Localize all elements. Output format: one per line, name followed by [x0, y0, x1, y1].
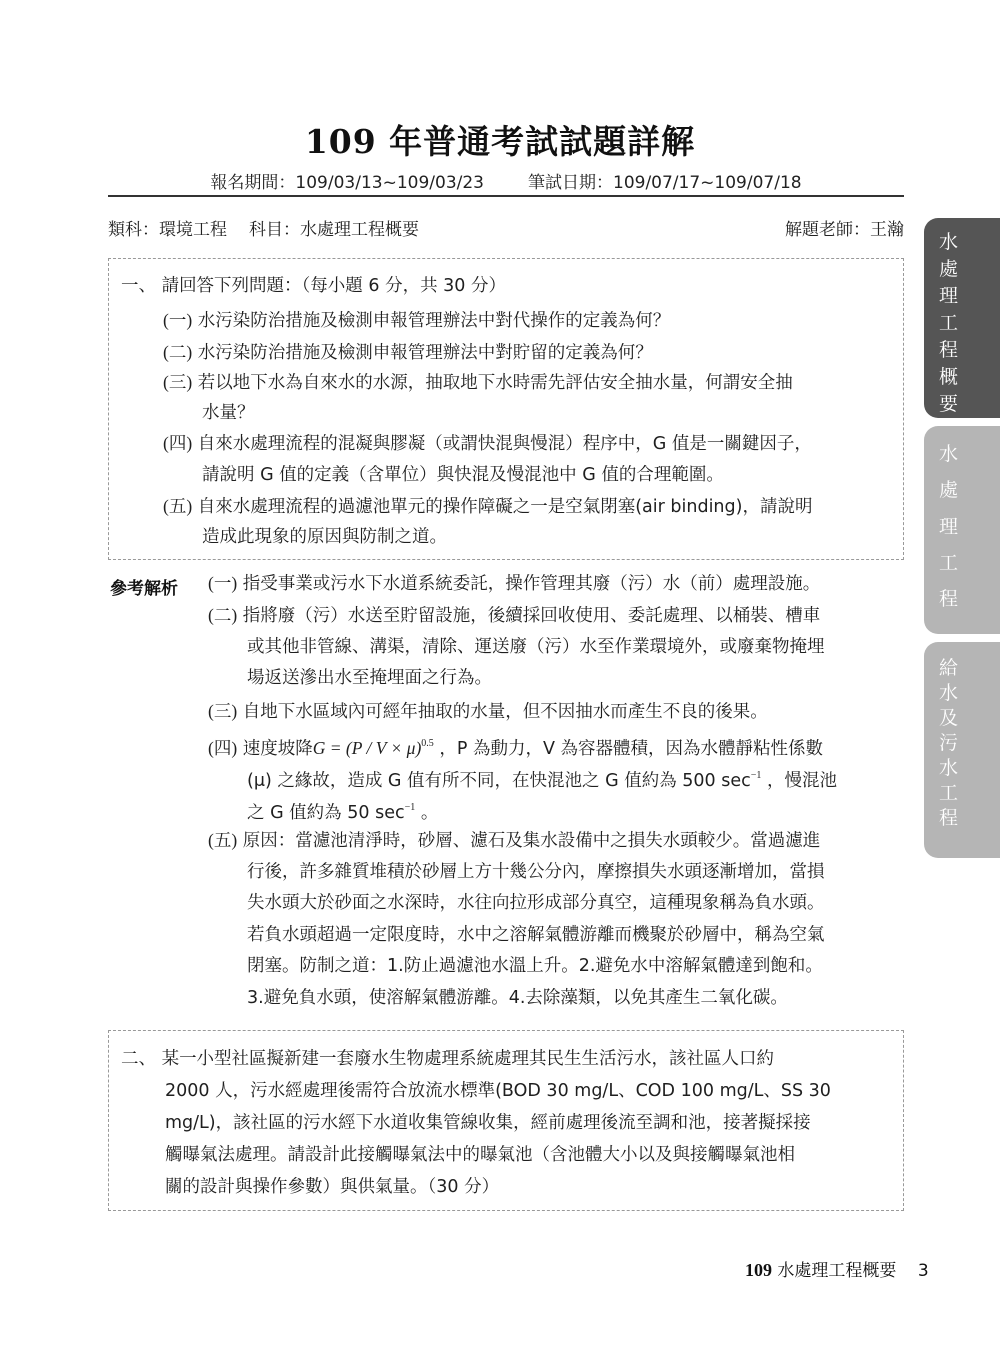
- question-1-item-cont: 造成此現象的原因與防制之道。: [202, 527, 447, 547]
- answer-item: (五) 原因：當濾池清淨時，砂層、濾石及集水設備中之損失水頭較少。當過濾進: [208, 830, 820, 851]
- answer-item: (三) 自地下水區域內可經年抽取的水量，但不因抽水而產生不良的後果。: [208, 701, 768, 722]
- tab-char: 處: [939, 257, 958, 282]
- tab-char: 處: [939, 478, 958, 503]
- answer-item: (二) 指將廢（污）水送至貯留設施，後續採回收使用、委託處理、以桶裝、槽車: [208, 605, 820, 626]
- category: 類科：環境工程: [108, 220, 227, 240]
- question-2-line: 2000 人，污水經處理後需符合放流水標準(BOD 30 mg/L、COD 10…: [165, 1081, 831, 1101]
- tab-char: 程: [939, 806, 958, 831]
- answer-item-cont: 閉塞。防制之道：1.防止過濾池水溫上升。2.避免水中溶解氣體達到飽和。: [247, 956, 823, 976]
- exam-date: 筆試日期：109/07/17~109/07/18: [528, 173, 802, 193]
- exam-dates: 報名期間：109/03/13~109/03/23筆試日期：109/07/17~1…: [0, 168, 1000, 193]
- footer-subject: 水處理工程概要: [777, 1261, 896, 1281]
- page-footer: 109 水處理工程概要 3: [745, 1256, 929, 1281]
- tab-char: 理: [939, 515, 958, 540]
- page-number: 3: [918, 1261, 929, 1281]
- reference-answer-label: 參考解析: [110, 574, 178, 599]
- side-tab-water-treatment[interactable]: 水處理工程: [924, 426, 1000, 634]
- tab-char: 污: [939, 731, 958, 756]
- tab-char: 給: [939, 656, 958, 681]
- question-2-line: 關的設計與操作參數）與供氣量。（30 分）: [165, 1177, 499, 1197]
- tab-char: 工: [939, 311, 958, 336]
- tab-char: 工: [939, 551, 958, 576]
- tab-char: 概: [939, 365, 958, 390]
- meta-row: 類科：環境工程科目：水處理工程概要 解題老師：王瀚: [108, 215, 904, 240]
- tab-char: 水: [939, 230, 958, 255]
- tab-char: 要: [939, 392, 958, 417]
- question-1-item: (四) 自來水處理流程的混凝與膠凝（或謂快混與慢混）程序中，G 值是一關鍵因子，: [163, 433, 812, 454]
- tab-char: 工: [939, 781, 958, 806]
- tab-char: 程: [939, 587, 958, 612]
- registration-period: 報名期間：109/03/13~109/03/23: [210, 173, 484, 193]
- question-1-item: (五) 自來水處理流程的過濾池單元的操作障礙之一是空氣閉塞(air bindin…: [163, 496, 812, 517]
- answer-item-cont: 或其他非管線、溝渠，清除、運送廢（污）水至作業環境外，或廢棄物掩埋: [247, 637, 825, 657]
- category-subject: 類科：環境工程科目：水處理工程概要: [108, 215, 419, 240]
- answer-item: (一) 指受事業或污水下水道系統委託，操作管理其廢（污）水（前）處理設施。: [208, 573, 820, 594]
- side-tab-water-treatment-overview[interactable]: 水處理工程概要: [924, 218, 1000, 418]
- tab-char: 水: [939, 442, 958, 467]
- g-formula: G = (P / V × μ): [313, 738, 422, 758]
- answer-item-cont: 3.避免負水頭，使溶解氣體游離。4.去除藻類，以免其產生二氧化碳。: [247, 988, 788, 1008]
- answer-item-cont: 行後，許多雜質堆積於砂層上方十幾公分內，摩擦損失水頭逐漸增加，當損: [247, 862, 825, 882]
- question-1-item: (二) 水污染防治措施及檢測申報管理辦法中對貯留的定義為何？: [163, 342, 653, 363]
- header-rule: [108, 195, 904, 197]
- answer-item-cont: (μ) 之緣故，造成 G 值有所不同，在快混池之 G 值約為 500 sec−1…: [247, 766, 837, 791]
- subject: 科目：水處理工程概要: [249, 220, 419, 240]
- question-1-heading: 一、 請回答下列問題：（每小題 6 分，共 30 分）: [121, 276, 506, 296]
- answer-item-cont: 失水頭大於砂面之水深時，水往向拉形成部分真空，這種現象稱為負水頭。: [247, 893, 825, 913]
- teacher: 解題老師：王瀚: [785, 215, 904, 240]
- question-2-line: mg/L)，該社區的污水經下水道收集管線收集，經前處理後流至調和池，接著擬採接: [165, 1113, 811, 1133]
- answer-item: (四) 速度坡降G = (P / V × μ)0.5 ，P 為動力，V 為容器體…: [208, 734, 823, 759]
- tab-char: 水: [939, 681, 958, 706]
- question-2-line: 觸曝氣法處理。請設計此接觸曝氣法中的曝氣池（含池體大小以及與接觸曝氣池相: [165, 1145, 795, 1165]
- question-1-item-cont: 水量？: [202, 403, 255, 423]
- tab-char: 程: [939, 338, 958, 363]
- question-1-item: (三) 若以地下水為自來水的水源，抽取地下水時需先評估安全抽水量，何謂安全抽: [163, 372, 793, 393]
- page-title: 109 年普通考試試題詳解: [0, 116, 1000, 163]
- question-1-item-cont: 請說明 G 值的定義（含單位）與快混及慢混池中 G 值的合理範圍。: [202, 465, 724, 485]
- answer-item-cont: 之 G 值約為 50 sec−1 。: [247, 798, 438, 823]
- question-2-line: 二、 某一小型社區擬新建一套廢水生物處理系統處理其民生生活污水，該社區人口約: [121, 1049, 774, 1069]
- answer-item-cont: 場返送滲出水至掩埋面之行為。: [247, 668, 492, 688]
- tab-char: 理: [939, 284, 958, 309]
- answer-item-cont: 若負水頭超過一定限度時，水中之溶解氣體游離而機聚於砂層中，稱為空氣: [247, 925, 825, 945]
- side-tab-water-supply-sewage[interactable]: 給水及污水工程: [924, 642, 1000, 858]
- tab-char: 及: [939, 706, 958, 731]
- tab-char: 水: [939, 756, 958, 781]
- footer-year: 109: [745, 1260, 772, 1280]
- question-1-item: (一) 水污染防治措施及檢測申報管理辦法中對代操作的定義為何？: [163, 310, 670, 331]
